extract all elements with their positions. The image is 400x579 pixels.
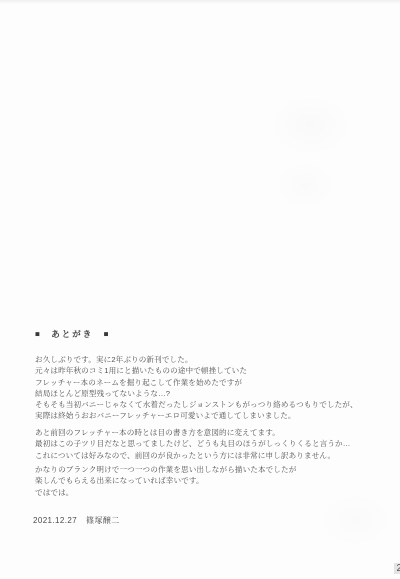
text-line: フレッチャー本のネームを掘り起こして作業を始めたですが: [35, 377, 358, 388]
text-line: これについては好みなので、前回のが良かったという方には非常に申し訳ありません。: [35, 450, 350, 461]
paragraph-eyes: あと前回のフレッチャー本の時とは目の書き方を意図的に変えてます。 最初はこの子ツ…: [35, 427, 350, 461]
author-name: 篠塚醸二: [86, 516, 120, 525]
scan-edge-artifact: [0, 0, 400, 4]
square-bullet-icon: ■: [35, 330, 41, 339]
paragraph-intro: お久しぶりです。実に2年ぶりの新刊でした。 元々は昨年秋のコミ1用にと描いたもの…: [35, 354, 358, 422]
text-line: あと前回のフレッチャー本の時とは目の書き方を意図的に変えてます。: [35, 427, 350, 438]
afterword-heading-text: あとがき: [51, 329, 93, 339]
text-line: 楽しんでもらえる出来になっていれば幸いです。: [35, 475, 296, 486]
square-bullet-icon: ■: [104, 330, 110, 339]
afterword-page: ■ あとがき ■ お久しぶりです。実に2年ぶりの新刊でした。 元々は昨年秋のコミ…: [0, 0, 400, 579]
text-line: 元々は昨年秋のコミ1用にと描いたものの途中で頓挫していた: [35, 365, 358, 376]
afterword-heading: ■ あとがき ■: [35, 328, 109, 340]
publication-date: 2021.12.27: [33, 516, 77, 525]
text-line: 実際は終始うおおバニーフレッチャーエロ可愛いよで通してしまいました。: [35, 410, 358, 421]
text-line: かなりのブランク明けで一つ一つの作業を思い出しながら描いた本でしたが: [35, 464, 296, 475]
text-line: ではでは。: [35, 487, 296, 498]
date-signature: 2021.12.27篠塚醸二: [33, 515, 120, 526]
text-line: お久しぶりです。実に2年ぶりの新刊でした。: [35, 354, 358, 365]
text-line: 最初はこの子ツリ目だなと思ってましたけど、どうも丸目のほうがしっくりくると言うか…: [35, 438, 350, 449]
text-line: そもそも当初バニーじゃなくて水着だったしジョンストンもがっつり絡めるつもりでした…: [35, 399, 358, 410]
paragraph-closing: かなりのブランク明けで一つ一つの作業を思い出しながら描いた本でしたが 楽しんでも…: [35, 464, 296, 498]
page-number-partial: 2: [394, 563, 400, 574]
text-line: 結局ほとんど原型残ってないような…?: [35, 388, 358, 399]
